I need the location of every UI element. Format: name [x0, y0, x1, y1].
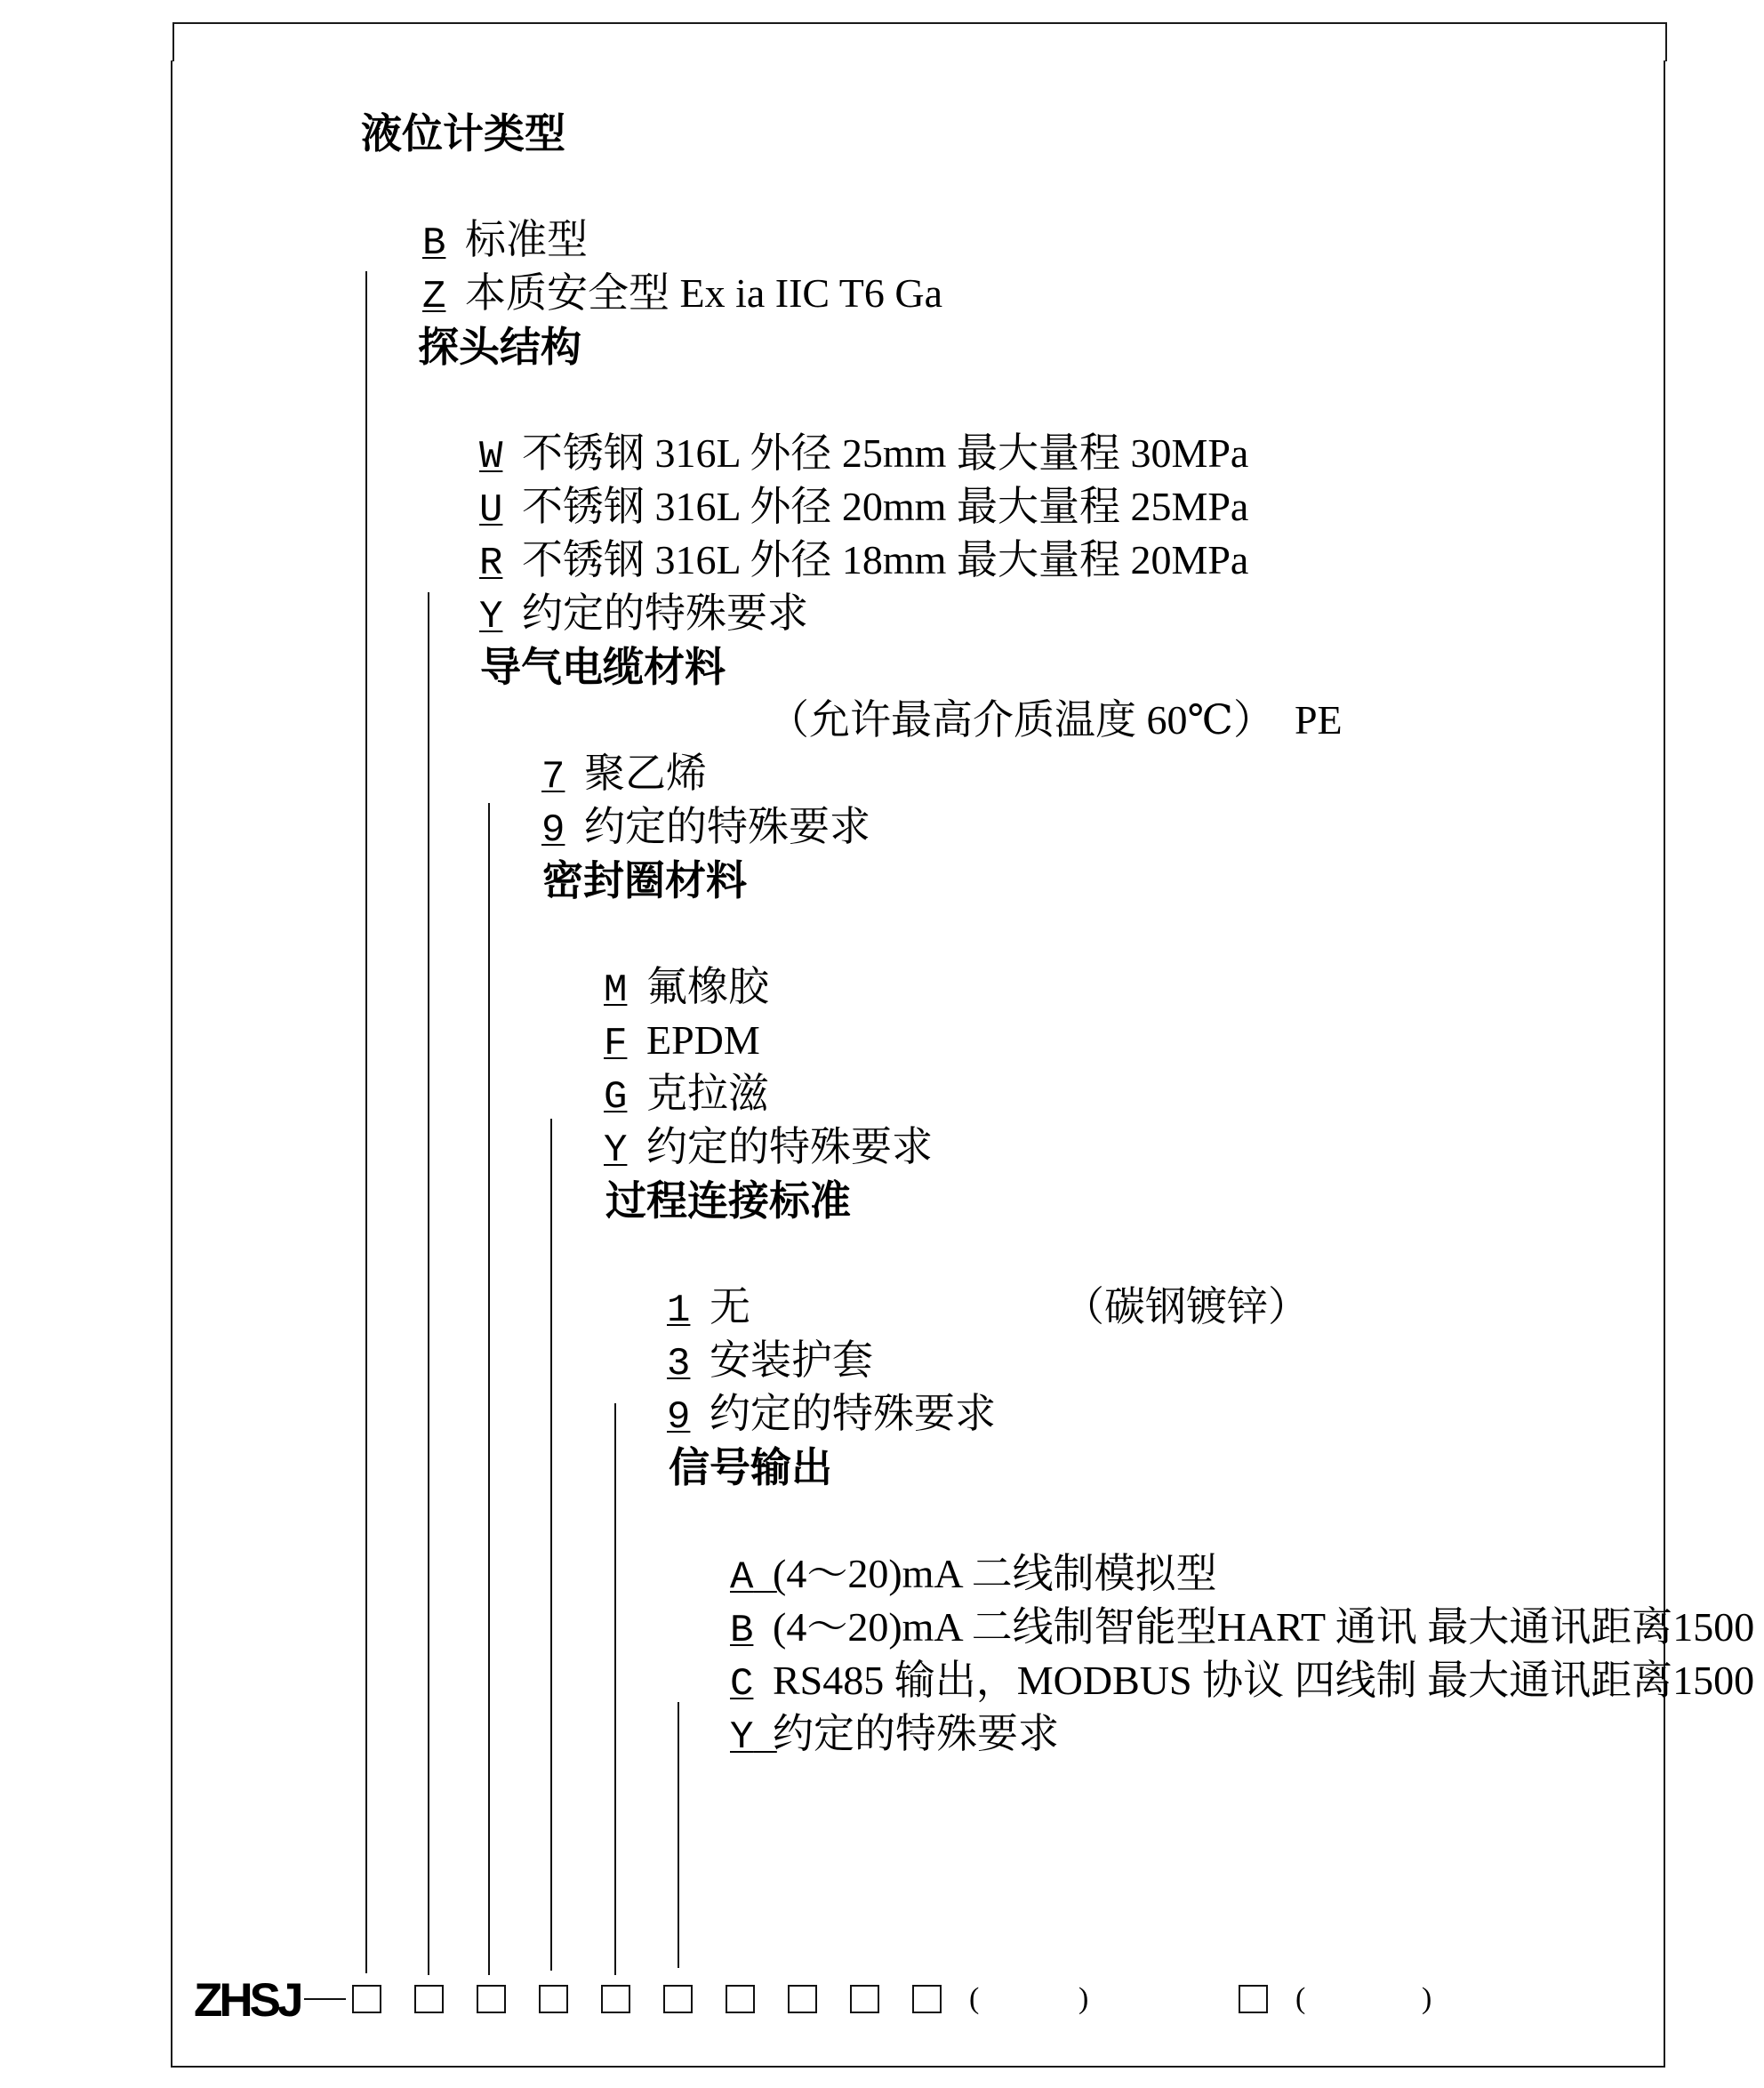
option-row: 1无: [605, 1227, 996, 1281]
option-code-cell: 9: [541, 800, 584, 857]
section-title: 探头结构: [418, 320, 1248, 373]
frame-border-bottom: [171, 2066, 1665, 2068]
option-description: 约定的特殊要求: [584, 804, 870, 849]
option-row: B标准型: [361, 160, 942, 213]
option-note: （碳钢镀锌）: [1063, 1281, 1309, 1334]
option-row: A(4～20)mA 二线制模拟型: [669, 1494, 1764, 1547]
model-code-slot-10: [912, 1985, 942, 2013]
section-probe-structure: 探头结构 W不锈钢 316L 外径 25mm 最大量程 30MPa U不锈钢 3…: [418, 320, 1248, 587]
option-code-cell: Y: [730, 1707, 773, 1764]
model-code-slot-9: [850, 1985, 879, 2013]
model-code-slot-extra: [1239, 1985, 1268, 2013]
section-process-connection: 过程连接标准 1无 3安装护套 （碳钢镀锌） 9约定的特殊要求: [605, 1174, 996, 1387]
bracket-2-close: ): [1422, 1984, 1431, 2014]
model-code-separator: [304, 1998, 346, 2000]
option-row: 3安装护套 （碳钢镀锌）: [605, 1281, 996, 1334]
frame-border-top: [172, 22, 1667, 24]
model-code-slot-4: [539, 1985, 568, 2013]
option-row: 9约定的特殊要求: [605, 1334, 996, 1387]
frame-border-right-upper: [1665, 22, 1667, 61]
section-vent-cable-material: 导气电缆材料 7聚乙烯 （允许最高介质温度 60℃） PE 9约定的特殊要求: [480, 640, 870, 800]
option-code: Z: [422, 275, 445, 319]
option-row: R不锈钢 316L 外径 18mm 最大量程 20MPa: [418, 480, 1248, 534]
option-row: M氟橡胶: [542, 907, 933, 960]
connector-line-5: [614, 1403, 616, 1975]
connector-line-1: [365, 271, 367, 1973]
option-row: 7聚乙烯 （允许最高介质温度 60℃） PE: [480, 694, 870, 747]
option-row: Y约定的特殊要求: [669, 1654, 1764, 1707]
model-code-slot-1: [352, 1985, 381, 2013]
option-row: Y约定的特殊要求: [542, 1067, 933, 1120]
option-code: 9: [667, 1395, 690, 1440]
option-row: 9约定的特殊要求: [480, 747, 870, 800]
option-row: G克拉滋: [542, 1014, 933, 1067]
option-row: CRS485 输出，MODBUS 协议 四线制 最大通讯距离1500 米: [669, 1601, 1764, 1654]
option-code: 9: [541, 808, 565, 853]
section-title: 信号输出: [669, 1441, 1764, 1494]
frame-border-right: [1664, 60, 1665, 2068]
option-description: 约定的特殊要求: [522, 590, 808, 636]
option-note: （允许最高介质温度 60℃） PE: [768, 694, 1343, 747]
document-page: 液位计类型 B标准型 Z本质安全型 Ex ia IIC T6 Ga 探头结构 W…: [0, 0, 1764, 2088]
option-row: Y约定的特殊要求: [418, 534, 1248, 587]
model-code-prefix: ZHSJ: [194, 1977, 300, 2024]
frame-border-left: [171, 60, 172, 2068]
connector-line-6: [678, 1702, 679, 1968]
option-description: 约定的特殊要求: [646, 1124, 933, 1169]
model-code-slot-3: [477, 1985, 506, 2013]
bracket-1-close: ): [1078, 1984, 1088, 2014]
bracket-1-open: (: [969, 1984, 979, 2014]
frame-border-left-upper: [172, 22, 174, 61]
option-code: Y: [604, 1128, 627, 1173]
option-code-cell: Y: [479, 587, 522, 644]
section-title: 液位计类型: [361, 107, 942, 160]
model-code-slot-6: [663, 1985, 693, 2013]
option-row: Z本质安全型 Ex ia IIC T6 Ga: [361, 213, 942, 267]
connector-line-3: [488, 803, 490, 1975]
option-code-cell: Y: [604, 1120, 646, 1177]
option-row: B(4～20)mA 二线制智能型HART 通讯 最大通讯距离1500 米: [669, 1547, 1764, 1601]
model-code-slot-8: [788, 1985, 817, 2013]
section-title: 密封圈材料: [542, 854, 933, 907]
option-description: 本质安全型 Ex ia IIC T6 Ga: [465, 270, 942, 316]
model-code-slot-7: [726, 1985, 755, 2013]
option-row: U不锈钢 316L 外径 20mm 最大量程 25MPa: [418, 427, 1248, 480]
section-title: 导气电缆材料: [480, 640, 870, 694]
model-code-slot-2: [414, 1985, 444, 2013]
option-row: FEPDM: [542, 960, 933, 1014]
section-level-meter-type: 液位计类型 B标准型 Z本质安全型 Ex ia IIC T6 Ga: [361, 107, 942, 267]
option-description: 约定的特殊要求: [773, 1711, 1059, 1756]
bracket-2-open: (: [1295, 1984, 1305, 2014]
option-code-cell: 9: [667, 1387, 710, 1444]
option-row: W不锈钢 316L 外径 25mm 最大量程 30MPa: [418, 373, 1248, 427]
option-code: Y: [479, 595, 502, 639]
option-code: Y: [730, 1715, 777, 1760]
option-code-cell: Z: [422, 267, 465, 324]
section-seal-material: 密封圈材料 M氟橡胶 FEPDM G克拉滋 Y约定的特殊要求: [542, 854, 933, 1120]
section-signal-output: 信号输出 A(4～20)mA 二线制模拟型 B(4～20)mA 二线制智能型HA…: [669, 1441, 1764, 1707]
connector-line-4: [550, 1119, 552, 1971]
option-description: 约定的特殊要求: [710, 1391, 996, 1436]
section-title: 过程连接标准: [605, 1174, 996, 1227]
model-code-slot-5: [601, 1985, 630, 2013]
connector-line-2: [428, 592, 429, 1975]
